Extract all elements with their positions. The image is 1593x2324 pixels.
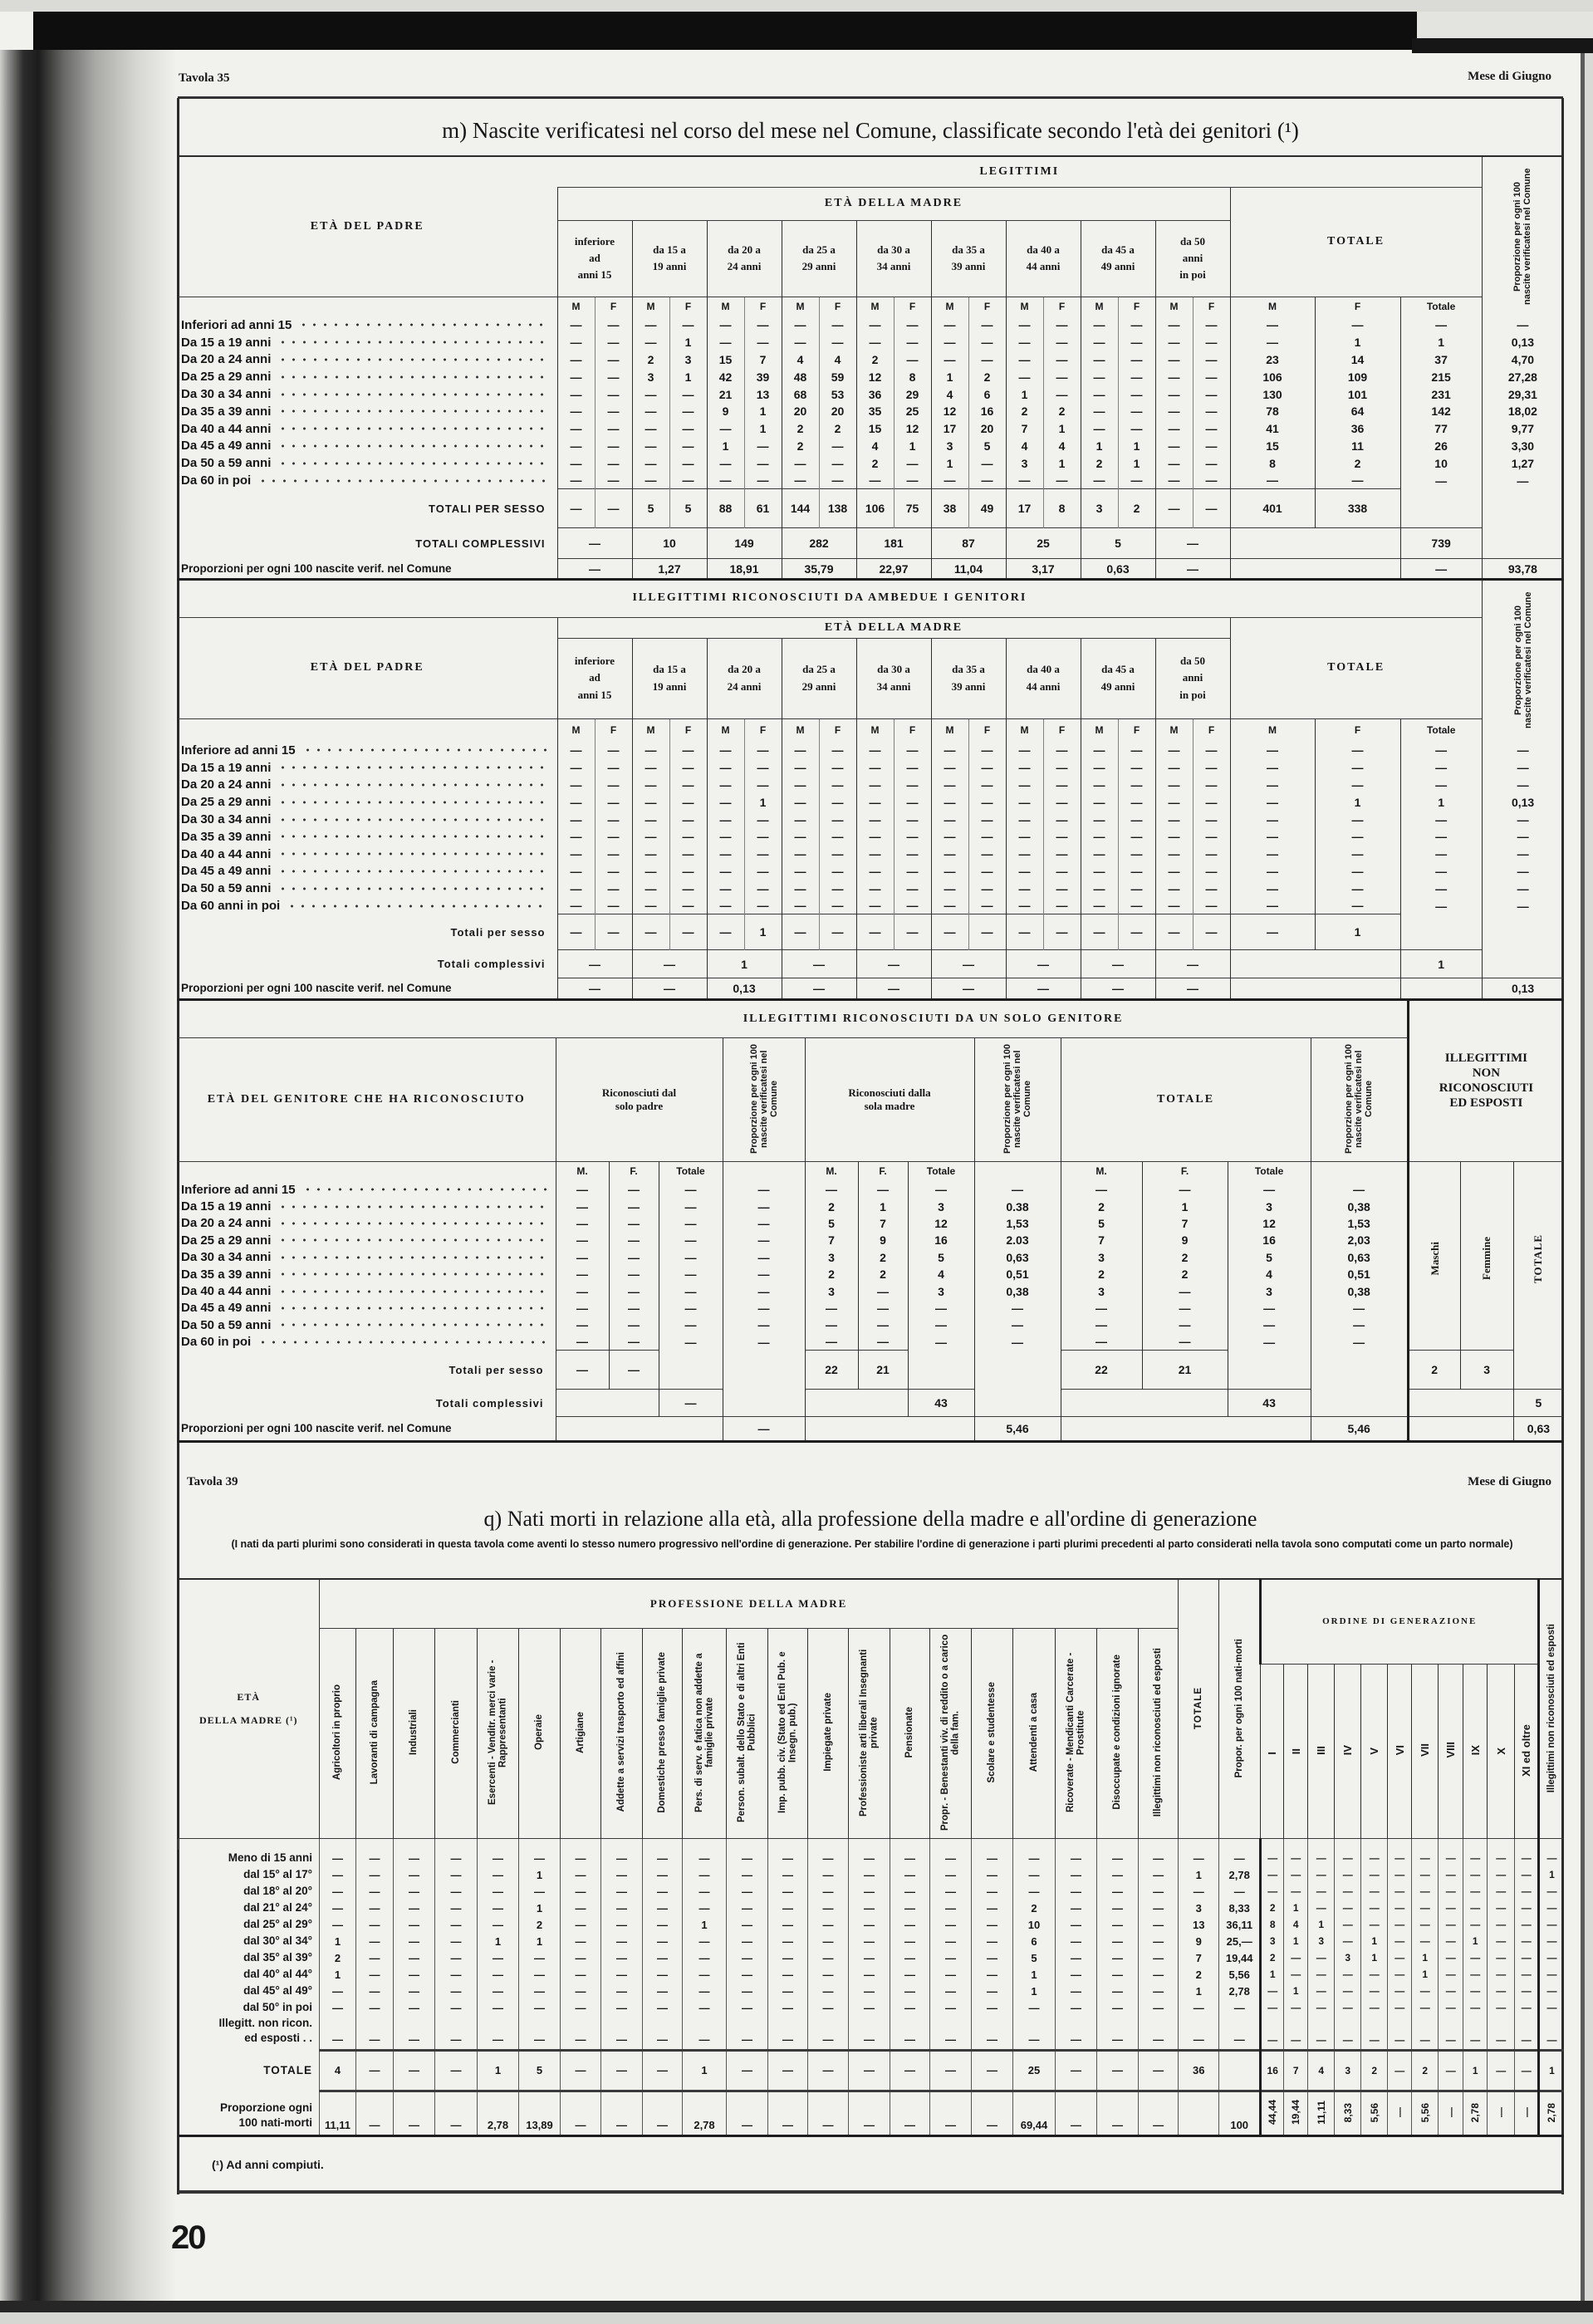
proportion-cell: — xyxy=(723,1215,805,1232)
padre-cell: — xyxy=(556,1316,609,1333)
dot-leader xyxy=(277,1323,547,1326)
row-label: Da 45 a 49 anni xyxy=(181,865,271,877)
table-row: Da 45 a 49 anni ————1—2—41354411—— 15 11… xyxy=(178,438,1563,455)
cell: — xyxy=(1006,777,1043,794)
profession-cell: — xyxy=(1097,1850,1139,1866)
cell: 17 xyxy=(931,420,968,438)
cell: — xyxy=(707,863,744,880)
row-label-cell: Da 25 a 29 anni xyxy=(178,1232,556,1248)
group-total-cell: 25 xyxy=(1006,528,1081,559)
ordine-proportion-cell: 8,33 xyxy=(1335,2091,1361,2135)
cell: — xyxy=(595,777,632,794)
profession-cell: 1 xyxy=(683,2050,727,2091)
ordine-cell: — xyxy=(1439,1850,1463,1866)
cell: — xyxy=(669,793,707,811)
cell: — xyxy=(632,777,669,794)
sub-header: F. xyxy=(609,1161,659,1181)
proportion-cell: — xyxy=(723,1266,805,1282)
totale-cell: — xyxy=(1061,1316,1142,1333)
total-f-cell: — xyxy=(1315,742,1400,759)
padre-cell: — xyxy=(609,1266,659,1282)
ordine-cell: — xyxy=(1515,2050,1539,2091)
cell: — xyxy=(595,351,632,369)
padre-cell: — xyxy=(556,1198,609,1214)
cell: — xyxy=(1155,880,1193,897)
profession-cell: — xyxy=(394,1883,435,1900)
cell: — xyxy=(1193,828,1230,846)
cell: — xyxy=(707,420,744,438)
empty-cell xyxy=(1539,1838,1564,1850)
sex-header-f: F xyxy=(1193,718,1230,742)
cell: — xyxy=(669,385,707,403)
empty-cell xyxy=(1284,1838,1308,1850)
cell: — xyxy=(1081,793,1118,811)
row-label: TOTALI COMPLESSIVI xyxy=(178,528,557,559)
cell: — xyxy=(632,472,669,489)
profession-cell: — xyxy=(1097,1949,1139,1966)
proporzione-row: Proporzione ogni 100 nati-morti 11,11———… xyxy=(179,2091,1564,2135)
totale-cell: — xyxy=(1228,1334,1311,1351)
proportion-cell: 0,38 xyxy=(974,1282,1061,1299)
profession-header-cell: Propr. - Benestanti viv. di reddito o a … xyxy=(930,1628,972,1838)
ordine-proportion-cell: 19,44 xyxy=(1284,2091,1308,2135)
ordine-proportion-value: 2,78 xyxy=(1470,2103,1480,2122)
total-f-cell: — xyxy=(1315,777,1400,794)
profession-cell: — xyxy=(519,1883,561,1900)
profession-cell: — xyxy=(683,1983,727,1999)
ordine-cell: — xyxy=(1261,1866,1284,1883)
proportion-cell: 0.38 xyxy=(974,1198,1061,1214)
row-label-cell: Da 30 a 34 anni xyxy=(178,811,557,828)
total-m-cell: 401 xyxy=(1230,489,1315,528)
profession-cell: — xyxy=(972,1966,1013,1983)
proportion-cell: — xyxy=(723,1181,805,1198)
total-cell: 7 xyxy=(1179,1949,1219,1966)
padre-cell: — xyxy=(609,1198,659,1214)
padre-cell: — xyxy=(609,1300,659,1316)
cell: — xyxy=(1193,811,1230,828)
cell: — xyxy=(557,385,595,403)
cell: — xyxy=(968,316,1006,334)
cell: — xyxy=(819,863,856,880)
ordine-cell: — xyxy=(1515,1966,1539,1983)
cell: — xyxy=(632,385,669,403)
sub-header: Totale xyxy=(1228,1161,1311,1181)
row-header-eta-genitore: ETÀ DEL GENITORE CHE HA RICONOSCIUTO xyxy=(178,1037,556,1161)
totale-cell: 9 xyxy=(1142,1232,1228,1248)
row-label: Inferiore ad anni 15 xyxy=(181,744,296,757)
cell: — xyxy=(1043,777,1081,794)
page-number: 20 xyxy=(171,2219,205,2257)
profession-cell: — xyxy=(808,1866,849,1883)
row-header-eta-padre: ETÀ DEL PADRE xyxy=(178,156,557,297)
row-label: dal 25° al 29° xyxy=(179,1916,320,1933)
age-column-header: da 15 a 19 anni xyxy=(632,638,707,718)
proportion-cell: 3,17 xyxy=(1006,559,1081,580)
cell: — xyxy=(632,880,669,897)
femmine-label: Femmine xyxy=(1480,1237,1493,1280)
profession-cell: — xyxy=(601,1933,643,1949)
cell: — xyxy=(1081,846,1118,863)
profession-cell: — xyxy=(808,1949,849,1966)
cell: — xyxy=(1081,334,1118,351)
proportion-cell: 1,27 xyxy=(1482,454,1563,472)
cell: — xyxy=(894,914,931,950)
ordine-cell: 1 xyxy=(1412,1949,1439,1966)
cell: — xyxy=(1193,403,1230,420)
empty-cell xyxy=(1482,914,1563,950)
profession-cell: — xyxy=(478,1999,519,2016)
ordine-cell: — xyxy=(1308,2016,1335,2050)
scan-border-bottom xyxy=(0,2312,1593,2324)
profession-cell: — xyxy=(1097,1966,1139,1983)
cell: 1 xyxy=(1081,438,1118,455)
cell: — xyxy=(968,811,1006,828)
sex-header-f: F xyxy=(968,718,1006,742)
totale-cell: 3 xyxy=(1061,1282,1142,1299)
profession-cell: — xyxy=(849,1933,890,1949)
proportion-cell: — xyxy=(1311,1300,1408,1316)
ordine-proportion-value: 2,78 xyxy=(1546,2103,1556,2122)
cell: — xyxy=(744,846,782,863)
cell: 1 xyxy=(931,368,968,385)
profession-cell: — xyxy=(1013,2016,1056,2050)
dot-leader xyxy=(277,1256,547,1259)
profession-cell: — xyxy=(601,2050,643,2091)
cell: 2 xyxy=(856,351,894,369)
age-column-header: da 35 a 39 anni xyxy=(931,220,1006,297)
cell: — xyxy=(557,846,595,863)
ordine-cell: — xyxy=(1335,1883,1361,1900)
table-row: Da 60 in poi —————————————————— — — — — xyxy=(178,472,1563,489)
profession-header-cell: Pensionate xyxy=(890,1628,930,1838)
proportion-cell: — xyxy=(1219,2016,1261,2050)
cell: — xyxy=(1006,368,1043,385)
row-label: Da 35 a 39 anni xyxy=(181,831,271,843)
cell: 17 xyxy=(1006,489,1043,528)
ordine-header-cell: III xyxy=(1308,1664,1335,1838)
madre-cell: 3 xyxy=(805,1249,858,1266)
cell: — xyxy=(894,742,931,759)
sex-header-m: M xyxy=(1081,718,1118,742)
profession-cell: — xyxy=(478,1916,519,1933)
cell: — xyxy=(557,334,595,351)
ordine-cell: — xyxy=(1463,2016,1488,2050)
proporzioni-row: Proporzioni per ogni 100 nascite verif. … xyxy=(178,559,1563,580)
group-total-cell: — xyxy=(632,950,707,978)
profession-cell: 1 xyxy=(519,1933,561,1949)
profession-header-cell: Esercenti - Venditr. merci varie - Rappr… xyxy=(478,1628,519,1838)
profession-cell: — xyxy=(930,1949,972,1966)
table-row: Da 60 anni in poi —————————————————— — —… xyxy=(178,897,1563,914)
ordine-cell: — xyxy=(1361,1966,1388,1983)
cell: — xyxy=(819,846,856,863)
madre-cell: — xyxy=(805,1334,858,1351)
empty-cell xyxy=(179,1838,320,1850)
profession-cell: — xyxy=(890,1966,930,1983)
cell: — xyxy=(1118,811,1155,828)
proportion-cell: — xyxy=(974,1300,1061,1316)
profession-cell: — xyxy=(683,1883,727,1900)
profession-cell: — xyxy=(683,1850,727,1866)
padre-cell: — xyxy=(659,1215,723,1232)
profession-cell: — xyxy=(561,1866,601,1883)
profession-cell: — xyxy=(435,2050,478,2091)
table-row: Da 30 a 34 anni ————211368533629461—————… xyxy=(178,385,1563,403)
profession-cell: 4 xyxy=(320,2050,356,2091)
cell: — xyxy=(1081,472,1118,489)
proportion-cell: — xyxy=(723,1334,805,1351)
empty-cell xyxy=(1335,1838,1361,1850)
proportion-cell: — xyxy=(1219,1999,1261,2016)
sex-header-f: F xyxy=(1043,297,1081,316)
ordine-proportion-cell: 2,78 xyxy=(1539,2091,1564,2135)
ambedue-table: ILLEGITTIMI RICONOSCIUTI DA AMBEDUE I GE… xyxy=(178,580,1563,1001)
ordine-cell: — xyxy=(1539,1966,1564,1983)
cell: 8 xyxy=(1043,489,1081,528)
femmine-total-cell: 3 xyxy=(1460,1351,1513,1390)
table-row: Da 20 a 24 anni —————————————————— — — —… xyxy=(178,777,1563,794)
dot-leader xyxy=(287,905,548,908)
ordine-cell: — xyxy=(1412,1900,1439,1916)
ordine-cell: — xyxy=(1539,1900,1564,1916)
cell: — xyxy=(1155,351,1193,369)
cell: — xyxy=(595,403,632,420)
total-cell: — xyxy=(1400,846,1482,863)
sex-header-f: F xyxy=(1118,718,1155,742)
totale-total-cell: 43 xyxy=(1228,1390,1311,1417)
ordine-cell: — xyxy=(1388,1866,1412,1883)
cell: — xyxy=(595,846,632,863)
proportion-header-cell: Proporzione per ogni 100 nascite verific… xyxy=(1311,1037,1408,1161)
total-cell: 36 xyxy=(1179,2050,1219,2091)
profession-cell: — xyxy=(808,2016,849,2050)
profession-cell: — xyxy=(972,1983,1013,1999)
dot-leader xyxy=(257,1341,547,1344)
totale-label-cell: TOTALE xyxy=(1513,1196,1563,1321)
profession-cell: 2 xyxy=(519,1916,561,1933)
ordine-proportion-cell: 11,11 xyxy=(1308,2091,1335,2135)
empty-cell xyxy=(1463,1838,1488,1850)
empty-cell xyxy=(320,1838,356,1850)
profession-cell: — xyxy=(683,1949,727,1966)
total-f-cell: 2 xyxy=(1315,454,1400,472)
cell: — xyxy=(1155,777,1193,794)
profession-cell: — xyxy=(519,1999,561,2016)
cell: — xyxy=(1043,316,1081,334)
cell: — xyxy=(931,793,968,811)
cell: — xyxy=(856,914,894,950)
profession-header: Artigiane xyxy=(576,1712,586,1753)
table-row: Da 15 a 19 anni —————————————————— — — —… xyxy=(178,759,1563,777)
sub-header: F. xyxy=(1142,1161,1228,1181)
profession-cell: — xyxy=(1013,1883,1056,1900)
total-f-cell: 101 xyxy=(1315,385,1400,403)
proportion-cell: — xyxy=(856,978,931,1000)
section-title-legittimi: LEGITTIMI xyxy=(557,156,1482,187)
ordine-cell: 1 xyxy=(1463,2050,1488,2091)
ordine-cell: — xyxy=(1308,1983,1335,1999)
total-f-cell: 64 xyxy=(1315,403,1400,420)
ordine-cell: 7 xyxy=(1284,2050,1308,2091)
cell: 3 xyxy=(931,438,968,455)
cell: — xyxy=(707,811,744,828)
femmine-label-cell: Femmine xyxy=(1460,1196,1513,1321)
profession-cell: — xyxy=(808,2050,849,2091)
ordine-proportion-value: — xyxy=(1446,2107,1456,2117)
ordine-cell: — xyxy=(1361,1983,1388,1999)
cell: — xyxy=(1193,846,1230,863)
empty-cell xyxy=(723,1390,805,1417)
total-f-cell: 338 xyxy=(1315,489,1400,528)
profession-cell: — xyxy=(972,1866,1013,1883)
madre-cell: 2 xyxy=(858,1249,908,1266)
profession-cell: — xyxy=(1056,1900,1097,1916)
dot-leader xyxy=(277,870,548,873)
ordine-cell: — xyxy=(1488,1900,1515,1916)
ordine-cell: — xyxy=(1412,1916,1439,1933)
ordine-cell: 1 xyxy=(1308,1916,1335,1933)
total-cell: 1 xyxy=(1179,1866,1219,1883)
ordine-cell: — xyxy=(1463,1883,1488,1900)
age-column-header: da 15 a 19 anni xyxy=(632,220,707,297)
proportion-cell: — xyxy=(974,1334,1061,1351)
profession-cell: — xyxy=(435,1966,478,1983)
cell: — xyxy=(931,897,968,914)
madre-cell: — xyxy=(908,1316,974,1333)
empty-cell xyxy=(1388,1838,1412,1850)
scan-border-top-band xyxy=(33,12,1417,50)
cell: — xyxy=(632,759,669,777)
cell: — xyxy=(744,828,782,846)
dot-leader xyxy=(277,1307,547,1310)
ordine-cell: — xyxy=(1335,1850,1361,1866)
profession-cell: — xyxy=(972,1900,1013,1916)
profession-cell: — xyxy=(1139,1883,1179,1900)
madre-cell: 21 xyxy=(858,1351,908,1390)
sex-header-f: F xyxy=(744,297,782,316)
padre-cell: — xyxy=(659,1249,723,1266)
cell: 4 xyxy=(782,351,819,369)
ordine-cell: — xyxy=(1388,1933,1412,1949)
madre-cell: 2 xyxy=(805,1266,858,1282)
profession-cell: — xyxy=(727,1949,768,1966)
grand-total-cell: 1 xyxy=(1400,950,1482,978)
cell: — xyxy=(1193,914,1230,950)
age-column-header: da 20 a 24 anni xyxy=(707,638,782,718)
row-label: Meno di 15 anni xyxy=(179,1850,320,1866)
cell: — xyxy=(782,472,819,489)
ordine-cell: — xyxy=(1308,1883,1335,1900)
cell: — xyxy=(1118,472,1155,489)
cell: — xyxy=(707,454,744,472)
table-row: Da 40 a 44 anni ——— — 3—3 0,38 3—3 0,38 xyxy=(178,1282,1563,1299)
madre-cell: 4 xyxy=(908,1266,974,1282)
proportion-cell: — xyxy=(557,559,632,580)
cell: — xyxy=(595,759,632,777)
total-m-cell: — xyxy=(1230,777,1315,794)
empty-cell xyxy=(1513,1334,1563,1351)
cell: — xyxy=(632,403,669,420)
cell: — xyxy=(1118,368,1155,385)
row-header-eta-padre: ETÀ DEL PADRE xyxy=(178,617,557,718)
proportion-cell: — xyxy=(931,978,1006,1000)
row-label-cell: Da 15 a 19 anni xyxy=(178,759,557,777)
cell: 2 xyxy=(1006,403,1043,420)
ordine-cell: — xyxy=(1488,1866,1515,1883)
cell: — xyxy=(1155,846,1193,863)
total-cell: — xyxy=(1400,777,1482,794)
row-label-cell: Da 60 in poi xyxy=(178,472,557,489)
sex-header-f: F xyxy=(819,718,856,742)
profession-header: Addette a servizi trasporto ed affini xyxy=(616,1652,627,1812)
profession-header-cell: Addette a servizi trasporto ed affini xyxy=(601,1628,643,1838)
cell: — xyxy=(931,863,968,880)
total-m-cell: 130 xyxy=(1230,385,1315,403)
empty-cell xyxy=(1460,1334,1513,1351)
row-label-cell: Da 40 a 44 anni xyxy=(178,420,557,438)
ordine-cell: — xyxy=(1335,1866,1361,1883)
ordine-proportion-value: 5,56 xyxy=(1370,2103,1380,2122)
profession-proportion-cell: — xyxy=(601,2091,643,2135)
profession-cell: — xyxy=(768,1933,808,1949)
padre-cell: — xyxy=(556,1232,609,1248)
profession-cell: — xyxy=(768,2050,808,2091)
profession-cell: — xyxy=(435,1900,478,1916)
profession-cell: — xyxy=(394,1983,435,1999)
madre-cell: 7 xyxy=(805,1232,858,1248)
total-cell: 1 xyxy=(1179,1983,1219,1999)
padre-cell: — xyxy=(556,1181,609,1198)
ordine-cell: — xyxy=(1439,1983,1463,1999)
total-f-cell: 1 xyxy=(1315,334,1400,351)
group-total-cell: 1 xyxy=(707,950,782,978)
cell: — xyxy=(1006,914,1043,950)
cell: — xyxy=(1081,897,1118,914)
table-row: Da 45 a 49 anni ——— — ——— — ——— — xyxy=(178,1300,1563,1316)
cell: — xyxy=(1043,914,1081,950)
ordine-cell: — xyxy=(1463,1850,1488,1866)
empty-cell xyxy=(1179,1838,1219,1850)
profession-cell: — xyxy=(727,1933,768,1949)
cell: 138 xyxy=(819,489,856,528)
empty-cell xyxy=(1515,1838,1539,1850)
totale-cell: — xyxy=(1142,1334,1228,1351)
profession-cell: — xyxy=(1139,1999,1179,2016)
cell: — xyxy=(557,368,595,385)
cell: — xyxy=(1043,793,1081,811)
cell: 3 xyxy=(632,368,669,385)
scan-border-top-strip xyxy=(0,0,1593,12)
madre-cell: 9 xyxy=(858,1232,908,1248)
profession-cell: — xyxy=(643,1933,683,1949)
total-cell: 77 xyxy=(1400,420,1482,438)
profession-cell: — xyxy=(1013,1866,1056,1883)
cell: — xyxy=(1081,385,1118,403)
cell: — xyxy=(744,742,782,759)
profession-proportion-cell: — xyxy=(808,2091,849,2135)
cell: — xyxy=(632,438,669,455)
ordine-cell: — xyxy=(1463,1966,1488,1983)
profession-cell: 10 xyxy=(1013,1916,1056,1933)
total-m-cell: — xyxy=(1230,316,1315,334)
ordine-cell: — xyxy=(1488,1999,1515,2016)
cell: — xyxy=(1006,846,1043,863)
cell: 144 xyxy=(782,489,819,528)
ordine-cell: — xyxy=(1515,1949,1539,1966)
table-row: dal 21° al 24° —————1———————————2——— 3 8… xyxy=(179,1900,1564,1916)
profession-header-cell: Professioniste arti liberali Insegnanti … xyxy=(849,1628,890,1838)
